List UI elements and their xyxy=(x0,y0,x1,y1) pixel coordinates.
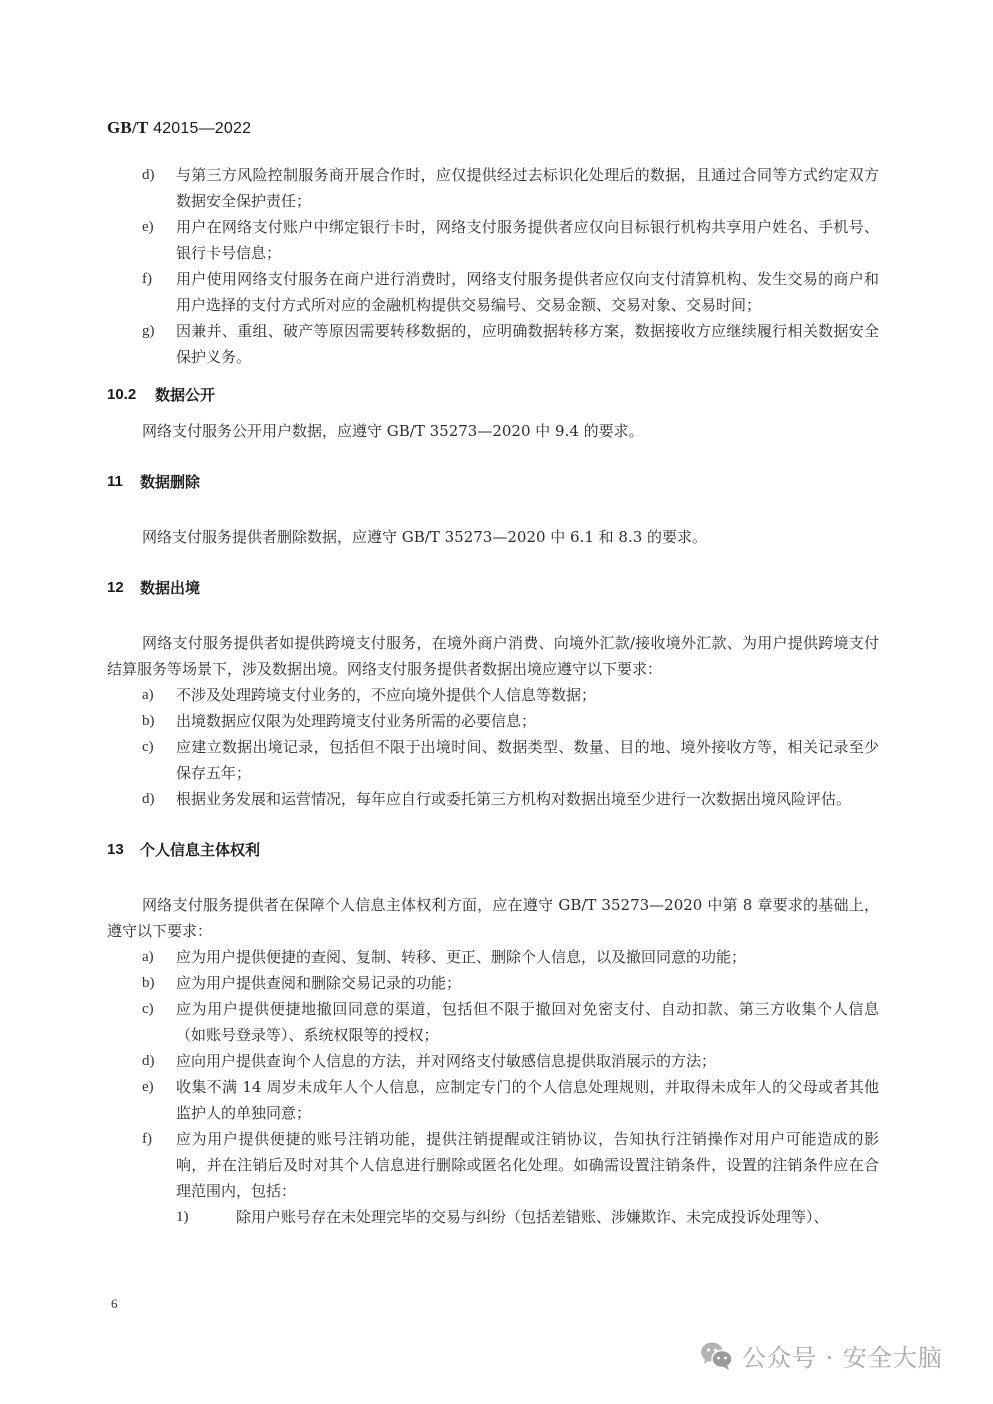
list-section-12: a) 不涉及处理跨境支付业务的，不应向境外提供个人信息等数据； b) 出境数据应… xyxy=(107,682,879,812)
watermark: 公众号 · 安全大脑 xyxy=(700,1338,943,1373)
standard-prefix: GB/T xyxy=(107,118,148,137)
list-item-text: 根据业务发展和运营情况，每年应自行或委托第三方机构对数据出境至少进行一次数据出境… xyxy=(176,790,851,808)
section-paragraph: 网络支付服务提供者如提供跨境支付服务，在境外商户消费、向境外汇款/接收境外汇款、… xyxy=(107,630,879,682)
wechat-icon xyxy=(700,1341,734,1371)
list-item: b) 出境数据应仅限为处理跨境支付业务所需的必要信息； xyxy=(107,708,879,734)
list-item: a) 应为用户提供便捷的查阅、复制、转移、更正、删除个人信息，以及撤回同意的功能… xyxy=(107,944,879,970)
list-item-text: 应向用户提供查询个人信息的方法，并对网络支付敏感信息提供取消展示的方法； xyxy=(176,1052,716,1070)
list-marker: d) xyxy=(142,1048,155,1074)
section-heading-10-2: 10.2 数据公开 xyxy=(107,382,879,408)
list-marker: b) xyxy=(142,970,155,996)
list-item-text: 应为用户提供便捷地撤回同意的渠道，包括但不限于撤回对免密支付、自动扣款、第三方收… xyxy=(176,1000,879,1044)
section-number: 12 xyxy=(107,575,140,601)
section-paragraph: 网络支付服务提供者在保障个人信息主体权利方面，应在遵守 GB/T 35273—2… xyxy=(107,892,879,944)
page-number: 6 xyxy=(111,1296,118,1312)
list-item: d) 与第三方风险控制服务商开展合作时，应仅提供经过去标识化处理后的数据，且通过… xyxy=(107,162,879,214)
list-item: e) 收集不满 14 周岁未成年人个人信息，应制定专门的个人信息处理规则，并取得… xyxy=(107,1074,879,1126)
standard-number: 42015—2022 xyxy=(153,120,251,137)
list-item: b) 应为用户提供查阅和删除交易记录的功能； xyxy=(107,970,879,996)
list-marker: a) xyxy=(142,944,154,970)
list-item-text: 应为用户提供查阅和删除交易记录的功能； xyxy=(176,974,461,992)
list-item-text: 应建立数据出境记录，包括但不限于出境时间、数据类型、数量、目的地、境外接收方等，… xyxy=(176,738,879,782)
list-marker: c) xyxy=(142,996,154,1022)
list-item: d) 根据业务发展和运营情况，每年应自行或委托第三方机构对数据出境至少进行一次数… xyxy=(107,786,879,812)
list-item-text: 不涉及处理跨境支付业务的，不应向境外提供个人信息等数据； xyxy=(176,686,596,704)
list-item-text: 收集不满 14 周岁未成年人个人信息，应制定专门的个人信息处理规则，并取得未成年… xyxy=(176,1078,879,1122)
section-heading-12: 12 数据出境 xyxy=(107,575,879,601)
list-marker: g) xyxy=(142,318,155,344)
section-title: 个人信息主体权利 xyxy=(140,837,260,863)
list-marker: e) xyxy=(142,214,154,240)
sub-list-item: 1) 除用户账号存在未处理完毕的交易与纠纷（包括差错账、涉嫌欺诈、未完成投诉处理… xyxy=(107,1204,879,1230)
standard-header: GB/T 42015—2022 xyxy=(107,118,251,138)
list-marker: a) xyxy=(142,682,154,708)
list-item: f) 应为用户提供便捷的账号注销功能，提供注销提醒或注销协议，告知执行注销操作对… xyxy=(107,1126,879,1204)
list-item: a) 不涉及处理跨境支付业务的，不应向境外提供个人信息等数据； xyxy=(107,682,879,708)
list-item-text: 用户使用网络支付服务在商户进行消费时，网络支付服务提供者应仅向支付清算机构、发生… xyxy=(176,270,879,314)
list-section-10-1: d) 与第三方风险控制服务商开展合作时，应仅提供经过去标识化处理后的数据，且通过… xyxy=(107,162,879,370)
list-marker: d) xyxy=(142,786,155,812)
list-marker: d) xyxy=(142,162,155,188)
section-title: 数据出境 xyxy=(140,575,200,601)
list-item-text: 与第三方风险控制服务商开展合作时，应仅提供经过去标识化处理后的数据，且通过合同等… xyxy=(176,166,879,210)
list-item-text: 因兼并、重组、破产等原因需要转移数据的，应明确数据转移方案，数据接收方应继续履行… xyxy=(176,322,879,366)
list-item: g) 因兼并、重组、破产等原因需要转移数据的，应明确数据转移方案，数据接收方应继… xyxy=(107,318,879,370)
section-paragraph: 网络支付服务提供者删除数据，应遵守 GB/T 35273—2020 中 6.1 … xyxy=(107,524,879,550)
section-number: 11 xyxy=(107,469,140,495)
section-heading-11: 11 数据删除 xyxy=(107,469,879,495)
list-item: c) 应为用户提供便捷地撤回同意的渠道，包括但不限于撤回对免密支付、自动扣款、第… xyxy=(107,996,879,1048)
document-body: d) 与第三方风险控制服务商开展合作时，应仅提供经过去标识化处理后的数据，且通过… xyxy=(107,162,879,1230)
list-item-text: 应为用户提供便捷的查阅、复制、转移、更正、删除个人信息，以及撤回同意的功能； xyxy=(176,948,746,966)
list-item: e) 用户在网络支付账户中绑定银行卡时，网络支付服务提供者应仅向目标银行机构共享… xyxy=(107,214,879,266)
list-marker: c) xyxy=(142,734,154,760)
section-number: 10.2 xyxy=(107,382,155,408)
section-paragraph: 网络支付服务公开用户数据，应遵守 GB/T 35273—2020 中 9.4 的… xyxy=(107,418,879,444)
list-item: f) 用户使用网络支付服务在商户进行消费时，网络支付服务提供者应仅向支付清算机构… xyxy=(107,266,879,318)
section-title: 数据公开 xyxy=(155,382,215,408)
list-section-13: a) 应为用户提供便捷的查阅、复制、转移、更正、删除个人信息，以及撤回同意的功能… xyxy=(107,944,879,1230)
list-marker: f) xyxy=(142,1126,152,1152)
section-title: 数据删除 xyxy=(140,469,200,495)
list-item-text: 出境数据应仅限为处理跨境支付业务所需的必要信息； xyxy=(176,712,536,730)
list-marker: f) xyxy=(142,266,152,292)
document-page: GB/T 42015—2022 d) 与第三方风险控制服务商开展合作时，应仅提供… xyxy=(0,0,993,1404)
list-marker: b) xyxy=(142,708,155,734)
watermark-text: 公众号 · 安全大脑 xyxy=(742,1338,943,1373)
list-item-text: 用户在网络支付账户中绑定银行卡时，网络支付服务提供者应仅向目标银行机构共享用户姓… xyxy=(176,218,879,262)
list-item: c) 应建立数据出境记录，包括但不限于出境时间、数据类型、数量、目的地、境外接收… xyxy=(107,734,879,786)
sub-list-marker: 1) xyxy=(176,1204,189,1230)
section-number: 13 xyxy=(107,837,140,863)
section-heading-13: 13 个人信息主体权利 xyxy=(107,837,879,863)
list-marker: e) xyxy=(142,1074,154,1100)
list-item: d) 应向用户提供查询个人信息的方法，并对网络支付敏感信息提供取消展示的方法； xyxy=(107,1048,879,1074)
list-item-text: 应为用户提供便捷的账号注销功能，提供注销提醒或注销协议，告知执行注销操作对用户可… xyxy=(176,1130,879,1200)
sub-list-item-text: 除用户账号存在未处理完毕的交易与纠纷（包括差错账、涉嫌欺诈、未完成投诉处理等）、 xyxy=(236,1208,829,1226)
